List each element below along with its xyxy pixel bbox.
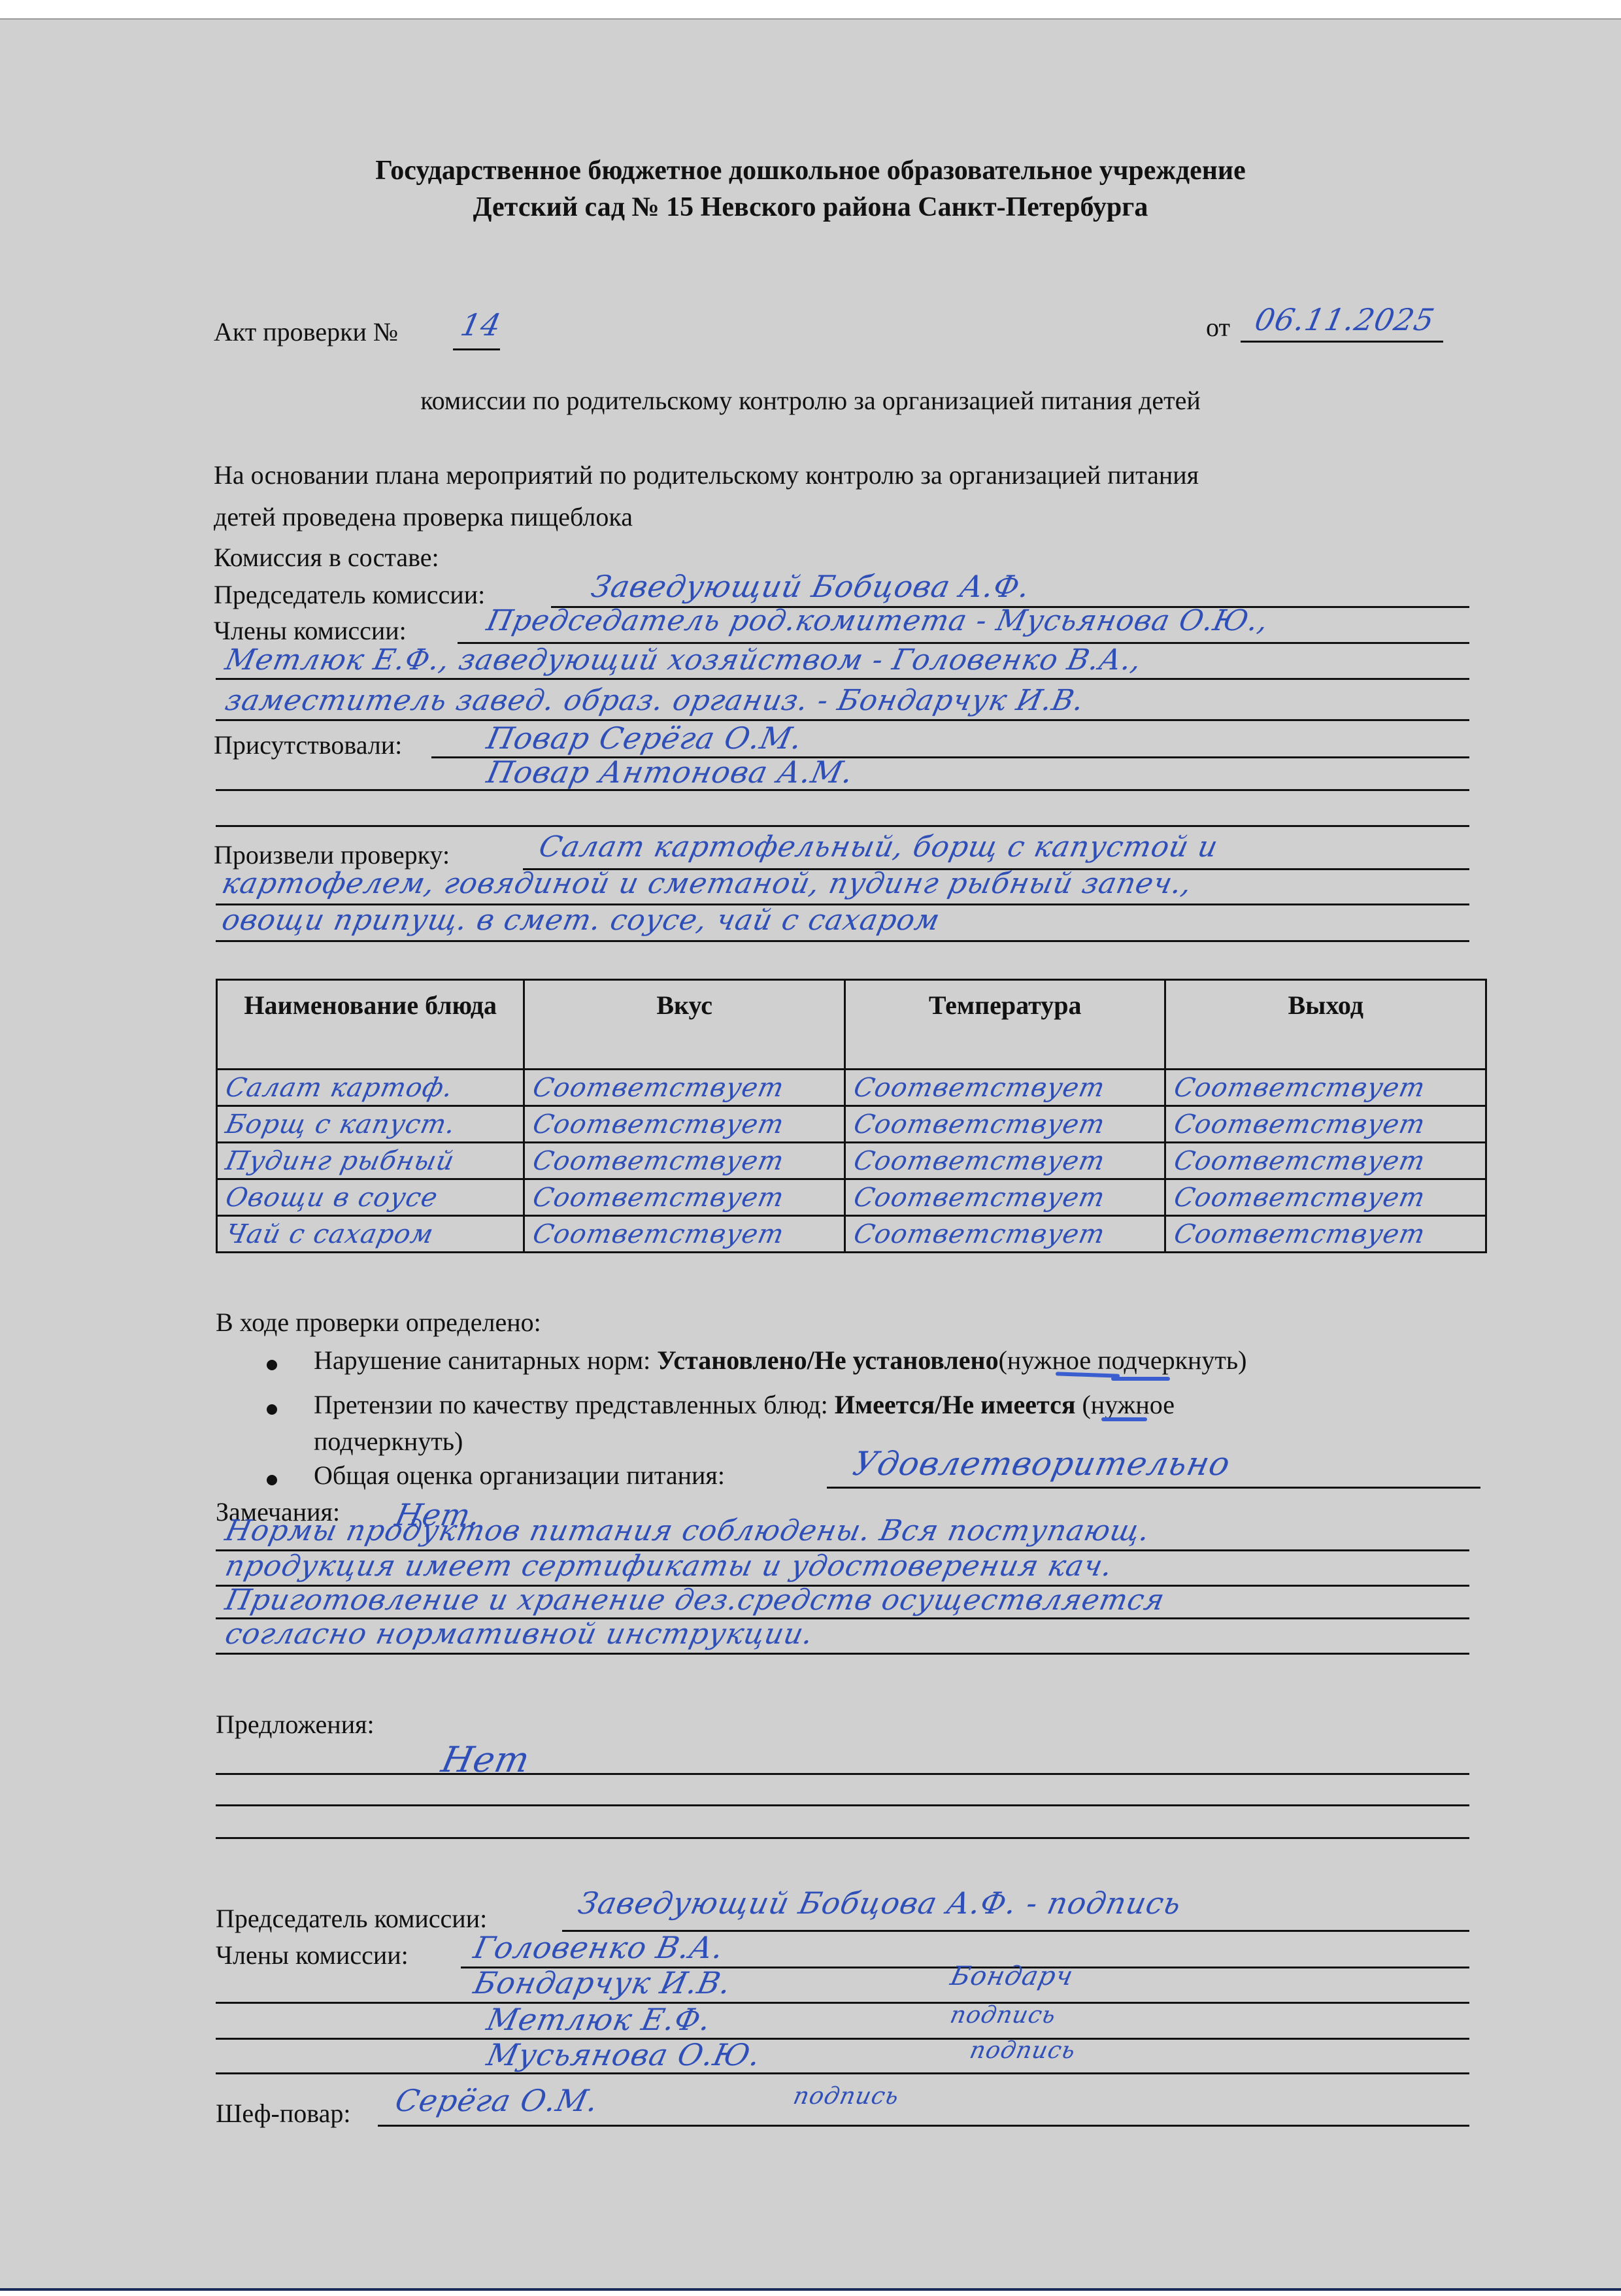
act-date-value: 06.11.2025 — [1252, 302, 1438, 337]
overall-rating-label: Общая оценка организации питания: — [314, 1460, 725, 1491]
finding-quality-hint-2: подчеркнуть) — [314, 1427, 463, 1457]
option-established[interactable]: Установлено/ — [657, 1345, 814, 1375]
option-has[interactable]: Имеется/ — [835, 1390, 943, 1419]
finding-quality-hint: (нужное — [1075, 1390, 1174, 1419]
cell-taste: Соответствует — [530, 1219, 787, 1249]
checked-value-2: картофелем, говядиной и сметаной, пудинг… — [219, 867, 1195, 900]
cell-temperature: Соответствует — [851, 1109, 1108, 1140]
sign-members-label: Члены комиссии: — [216, 1940, 409, 1970]
remarks-value-4: согласно нормативной инструкции. — [222, 1617, 816, 1651]
composition-label: Комиссия в составе: — [214, 543, 439, 573]
proposals-label: Предложения: — [216, 1710, 375, 1740]
table-row: Салат картоф. Соответствует Соответствуе… — [217, 1070, 1486, 1106]
option-has-not[interactable]: Не имеется — [942, 1390, 1075, 1419]
chair-label: Председатель комиссии: — [214, 580, 485, 610]
members-value-3: заместитель завед. образ. организ. - Бон… — [222, 684, 1088, 717]
cell-temperature: Соответствует — [851, 1146, 1108, 1176]
proposals-line-2 — [216, 1804, 1469, 1806]
chair-value: Заведующий Бобцова А.Ф. — [588, 569, 1033, 604]
remarks-value-2: продукция имеет сертификаты и удостовере… — [222, 1549, 1116, 1583]
sign-chair-label: Председатель комиссии: — [216, 1904, 487, 1934]
members-label: Члены комиссии: — [214, 616, 407, 646]
sign-chef-label: Шеф-повар: — [216, 2099, 350, 2129]
sign-member-name-3: Метлюк Е.Ф. — [484, 2002, 714, 2037]
finding-sanitary-label: Нарушение санитарных норм: — [314, 1345, 657, 1375]
pen-underline — [1111, 1377, 1170, 1381]
table-row: Борщ с капуст. Соответствует Соответству… — [217, 1106, 1486, 1143]
checked-value-3: овощи припущ. в смет. соусе, чай с сахар… — [219, 903, 943, 937]
dishes-table: Наименование блюда Вкус Температура Выхо… — [216, 979, 1487, 1253]
finding-sanitary-hint: (нужное подчеркнуть) — [999, 1345, 1247, 1375]
remarks-value-3: Приготовление и хранение дез.средств осу… — [222, 1583, 1168, 1617]
bullet-icon — [267, 1475, 277, 1485]
overall-rating-line — [827, 1487, 1480, 1489]
present-value-2: Повар Антонова А.М. — [484, 754, 857, 790]
remarks-line-4 — [216, 1653, 1469, 1655]
cell-taste: Соответствует — [530, 1109, 787, 1140]
table-row: Пудинг рыбный Соответствует Соответствуе… — [217, 1143, 1486, 1179]
cell-output: Соответствует — [1171, 1073, 1428, 1103]
org-name-line2: Детский сад № 15 Невского района Санкт-П… — [0, 192, 1621, 222]
proposals-line-3 — [216, 1837, 1469, 1839]
cell-temperature: Соответствует — [851, 1073, 1108, 1103]
members-value-1: Председатель род.комитета - Мусьянова О.… — [484, 604, 1272, 637]
cell-dish: Чай с сахаром — [223, 1219, 437, 1249]
bullet-icon — [267, 1360, 277, 1370]
bullet-icon — [267, 1404, 277, 1415]
cell-temperature: Соответствует — [851, 1183, 1108, 1213]
sign-member-signature-3: подпись — [948, 2002, 1059, 2029]
present-line-3 — [216, 825, 1469, 827]
finding-quality: Претензии по качеству представленных блю… — [314, 1390, 1175, 1420]
intro-line1: На основании плана мероприятий по родите… — [214, 460, 1199, 490]
cell-output: Соответствует — [1171, 1109, 1428, 1140]
org-name-line1: Государственное бюджетное дошкольное обр… — [0, 156, 1621, 186]
cell-taste: Соответствует — [530, 1073, 787, 1103]
option-not-established[interactable]: Не установлено — [814, 1345, 999, 1375]
cell-temperature: Соответствует — [851, 1219, 1108, 1249]
cell-dish: Овощи в соусе — [223, 1183, 441, 1213]
col-dish-name: Наименование блюда — [217, 980, 524, 1070]
checked-value-1: Салат картофельный, борщ с капустой и — [536, 830, 1221, 864]
col-taste: Вкус — [524, 980, 845, 1070]
findings-label: В ходе проверки определено: — [216, 1308, 541, 1338]
sign-chef-value: Серёга О.М. — [392, 2083, 602, 2118]
sign-member-name-2: Бондарчук И.В. — [471, 1965, 735, 2001]
sign-chef-line — [378, 2125, 1469, 2127]
sign-member-signature-2: Бондарч — [948, 1961, 1076, 1991]
col-temperature: Температура — [844, 980, 1165, 1070]
checked-line-3 — [216, 940, 1469, 942]
sign-members-line-2 — [216, 2002, 1469, 2004]
present-value-1: Повар Серёга О.М. — [484, 720, 806, 756]
act-number-label: Акт проверки № — [214, 317, 398, 347]
act-date-line — [1241, 341, 1443, 343]
members-value-2: Метлюк Е.Ф., заведующий хозяйством - Гол… — [222, 643, 1145, 677]
sign-chair-value: Заведующий Бобцова А.Ф. - подпись — [575, 1885, 1185, 1921]
finding-sanitary: Нарушение санитарных норм: Установлено/Н… — [314, 1345, 1246, 1376]
sign-member-signature-4: подпись — [967, 2037, 1078, 2064]
members-line-2 — [216, 678, 1469, 680]
act-number-line — [453, 348, 500, 350]
checked-label: Произвели проверку: — [214, 840, 450, 870]
sign-member-name-4: Мусьянова О.Ю. — [484, 2037, 764, 2072]
act-date-label: от — [1206, 312, 1230, 343]
cell-taste: Соответствует — [530, 1183, 787, 1213]
cell-dish: Салат картоф. — [223, 1073, 456, 1103]
cell-dish: Борщ с капуст. — [223, 1109, 458, 1140]
sign-member-name-1: Головенко В.А. — [471, 1930, 727, 1965]
sign-members-line-4 — [216, 2072, 1469, 2074]
cell-dish: Пудинг рыбный — [223, 1146, 458, 1176]
overall-rating-value: Удовлетворительно — [850, 1445, 1234, 1483]
finding-quality-label: Претензии по качеству представленных блю… — [314, 1390, 835, 1419]
sign-members-line-3 — [216, 2038, 1469, 2040]
table-row: Овощи в соусе Соответствует Соответствуе… — [217, 1179, 1486, 1216]
cell-output: Соответствует — [1171, 1146, 1428, 1176]
cell-taste: Соответствует — [530, 1146, 787, 1176]
cell-output: Соответствует — [1171, 1183, 1428, 1213]
pen-underline — [1101, 1417, 1147, 1421]
col-output: Выход — [1165, 980, 1486, 1070]
act-number-value: 14 — [458, 307, 505, 343]
intro-line2: детей проведена проверка пищеблока — [214, 502, 633, 532]
members-line-3 — [216, 719, 1469, 721]
remarks-value-1: Нормы продуктов питания соблюдены. Вся п… — [222, 1514, 1153, 1547]
present-label: Присутствовали: — [214, 730, 402, 760]
sign-chef-signature: подпись — [791, 2083, 902, 2110]
act-subtitle: комиссии по родительскому контролю за ор… — [0, 386, 1621, 416]
table-header-row: Наименование блюда Вкус Температура Выхо… — [217, 980, 1486, 1070]
table-row: Чай с сахаром Соответствует Соответствуе… — [217, 1216, 1486, 1253]
proposals-line-1 — [216, 1773, 1469, 1775]
cell-output: Соответствует — [1171, 1219, 1428, 1249]
